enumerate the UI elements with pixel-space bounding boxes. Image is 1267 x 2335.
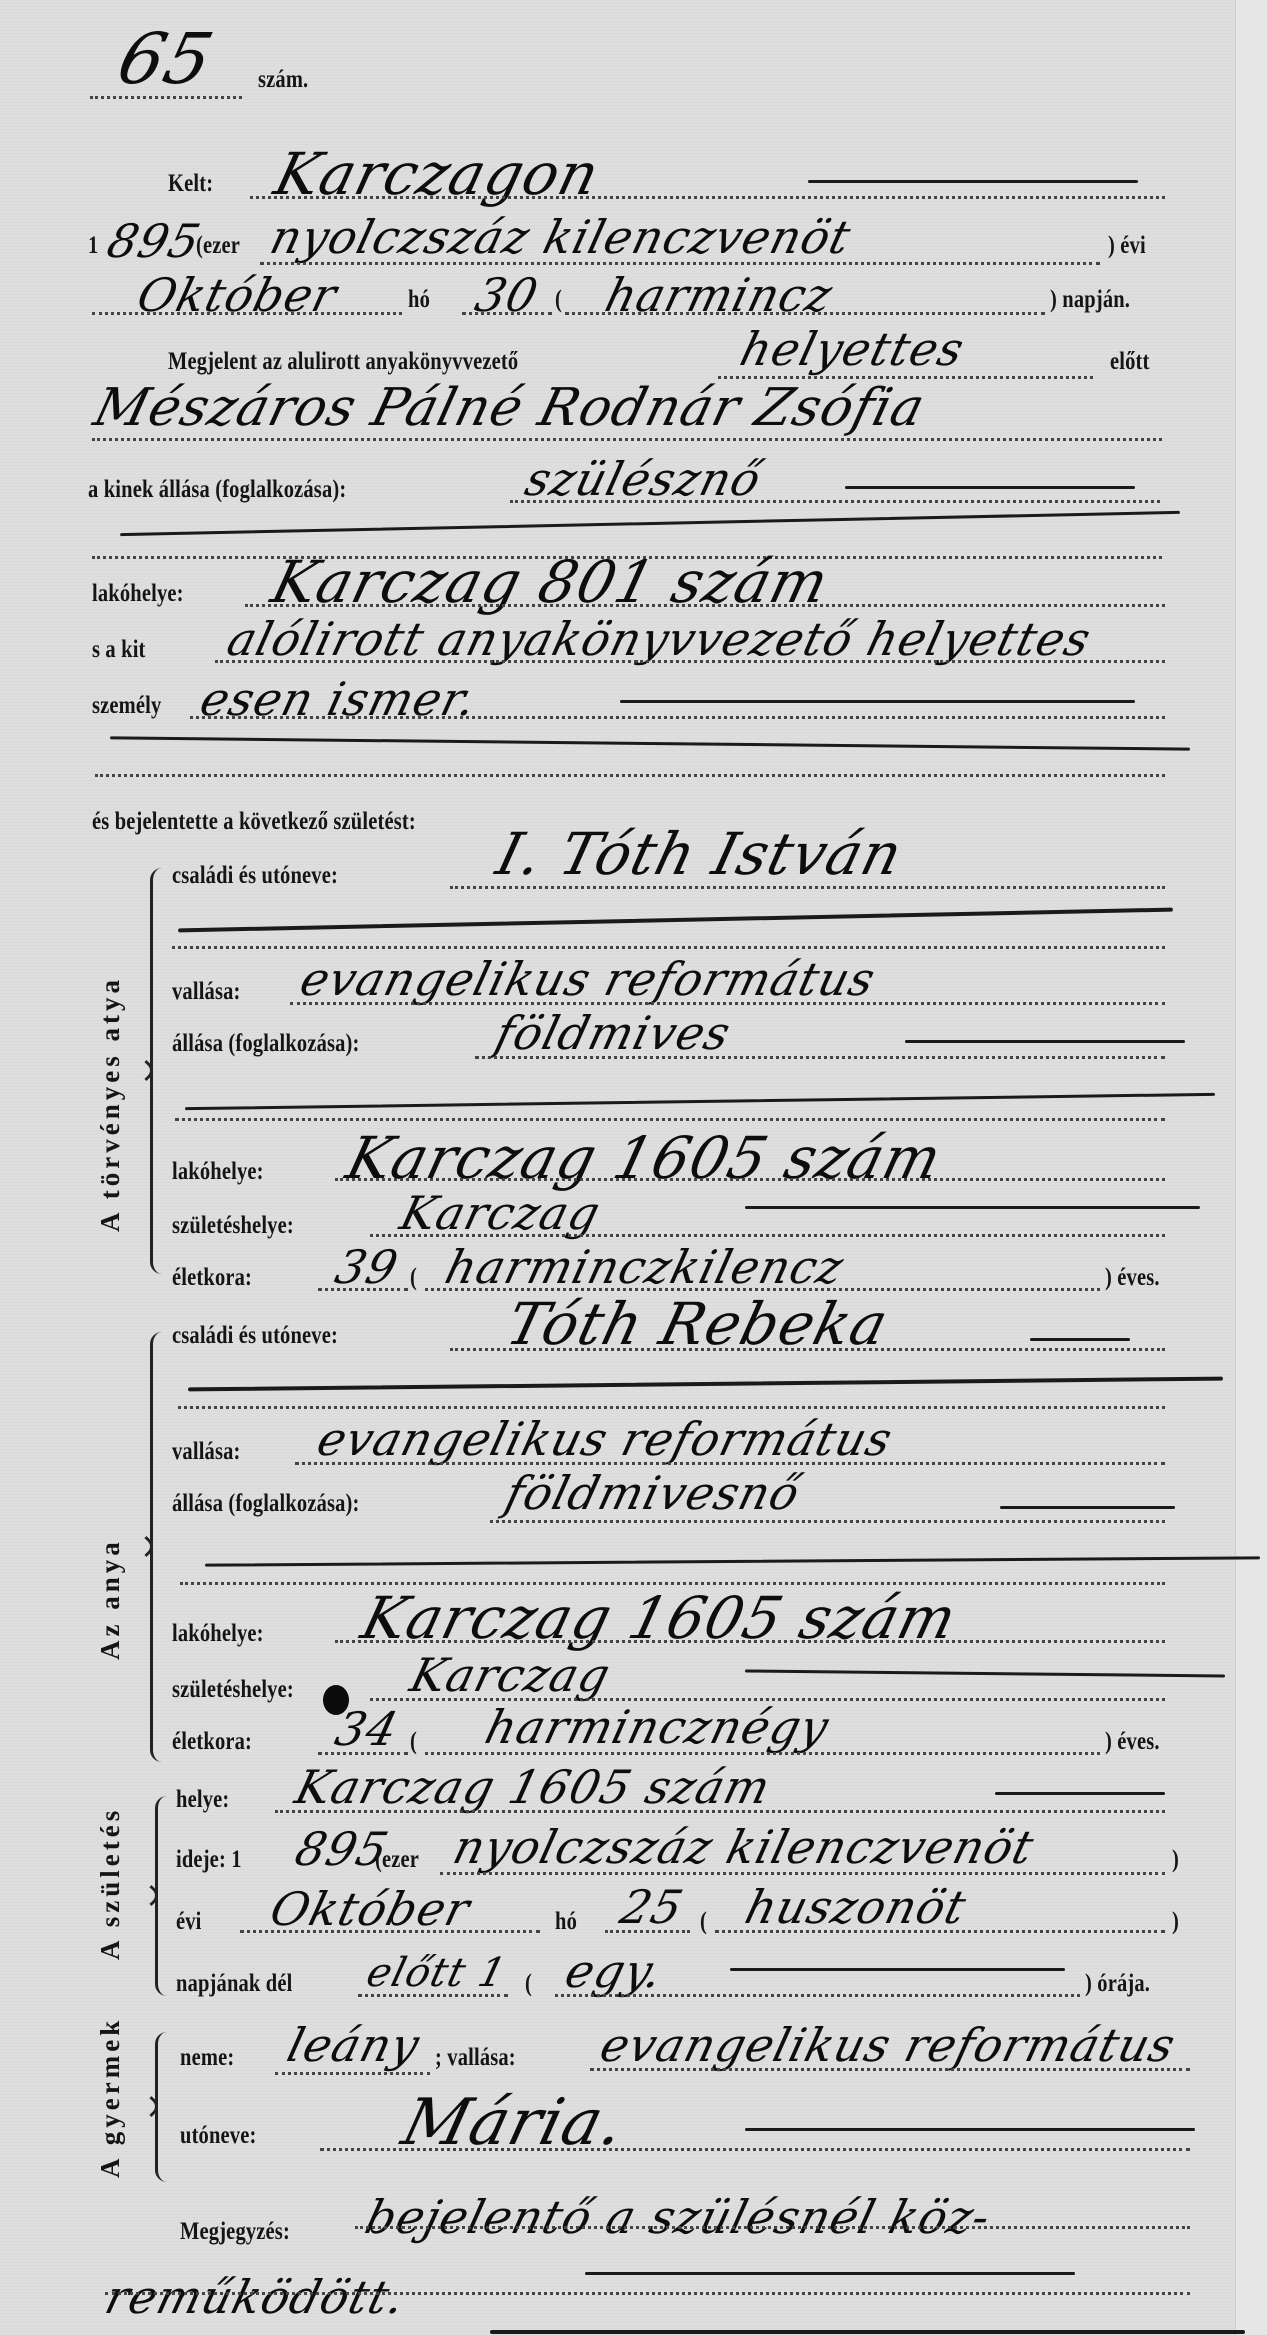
ezer-label: (ezer bbox=[196, 232, 240, 260]
fill-stroke bbox=[1000, 1506, 1175, 1509]
blank-line bbox=[178, 1406, 1165, 1409]
oraja-label: ) órája. bbox=[1085, 1970, 1150, 1998]
mother-brace bbox=[150, 1332, 167, 1762]
mother-name-label: családi és utóneve: bbox=[172, 1322, 338, 1350]
known-label-1: s a kit bbox=[92, 636, 146, 664]
father-occupation-label: állása (foglalkozása): bbox=[172, 1030, 360, 1058]
birth-hour-line bbox=[555, 1994, 1080, 1997]
year-line bbox=[260, 262, 1100, 265]
open-paren: ( bbox=[410, 1728, 417, 1756]
mother-birthplace: Karczag bbox=[405, 1648, 616, 1702]
child-given-name-line bbox=[320, 2148, 1190, 2151]
blank-line bbox=[172, 946, 1165, 949]
birth-period-line bbox=[358, 1994, 508, 1997]
year-prefix: 1 bbox=[88, 232, 98, 260]
birth-place-label: helye: bbox=[176, 1786, 229, 1814]
father-religion: evangelikus református bbox=[295, 952, 881, 1006]
declarant-line bbox=[92, 438, 1162, 441]
remarks-line-2: reműködött. bbox=[100, 2270, 411, 2324]
declarant-occupation: szülésznő bbox=[520, 452, 767, 506]
child-section-label: A gyermek bbox=[95, 2017, 126, 2178]
fill-stroke bbox=[490, 2330, 1245, 2334]
birth-year-words: nyolczszáz kilenczvenöt bbox=[448, 1820, 1040, 1874]
mother-age-words-line bbox=[425, 1752, 1100, 1755]
birth-day-line bbox=[605, 1930, 690, 1933]
father-age-line bbox=[318, 1288, 408, 1291]
close-paren: ) bbox=[1172, 1846, 1179, 1874]
fill-stroke bbox=[1030, 1338, 1130, 1341]
mother-name-line bbox=[450, 1348, 1165, 1351]
ezer-label: (ezer bbox=[375, 1846, 419, 1874]
fill-stroke bbox=[745, 1206, 1200, 1209]
mother-occupation-label: állása (foglalkozása): bbox=[172, 1490, 360, 1518]
open-paren: ( bbox=[700, 1908, 707, 1936]
father-religion-label: vallása: bbox=[172, 978, 241, 1006]
announced-label: és bejelentette a következő születést: bbox=[92, 808, 416, 836]
mother-age-words: harmincznégy bbox=[480, 1700, 835, 1754]
mother-birthplace-label: születéshelye: bbox=[172, 1676, 294, 1704]
mother-occupation-line bbox=[490, 1520, 1165, 1523]
fill-stroke bbox=[585, 2272, 1075, 2275]
mother-residence-label: lakóhelye: bbox=[172, 1620, 264, 1648]
fill-stroke bbox=[845, 486, 1135, 489]
mother-religion-label: vallása: bbox=[172, 1438, 241, 1466]
blank-line bbox=[175, 1118, 1165, 1121]
fill-stroke bbox=[745, 2128, 1195, 2131]
father-birthplace-line bbox=[370, 1234, 1165, 1237]
mother-occupation: földmivesnő bbox=[500, 1466, 806, 1520]
issued-year-words: nyolczszáz kilenczvenöt bbox=[265, 210, 857, 264]
remarks-line-2-rule bbox=[105, 2292, 1190, 2295]
mother-age-line bbox=[318, 1752, 408, 1755]
remarks-line-1: bejelentő a szülésnél köz- bbox=[360, 2190, 997, 2244]
child-sex: leány bbox=[282, 2018, 425, 2072]
issued-year: 895 bbox=[102, 214, 206, 268]
father-religion-line bbox=[290, 1002, 1165, 1005]
eves-label: ) éves. bbox=[1105, 1264, 1160, 1292]
ho-label: hó bbox=[408, 286, 430, 314]
declarant-name: Mészáros Pálné Rodnár Zsófia bbox=[88, 378, 931, 438]
father-birthplace: Karczag bbox=[395, 1186, 606, 1240]
fill-stroke bbox=[620, 700, 1135, 703]
evi-label: ) évi bbox=[1108, 232, 1146, 260]
open-paren: ( bbox=[525, 1970, 532, 1998]
father-occupation-line bbox=[475, 1056, 1165, 1059]
father-brace bbox=[150, 868, 167, 1274]
known-line-2 bbox=[190, 716, 1165, 719]
open-paren: ( bbox=[555, 286, 562, 314]
father-occupation: földmives bbox=[490, 1006, 736, 1060]
appeared-label: Megjelent az alulirott anyakönyvvezető bbox=[168, 348, 518, 376]
month-line bbox=[92, 312, 402, 315]
father-age-words: harminczkilencz bbox=[440, 1240, 850, 1294]
declarant-residence-label: lakóhelye: bbox=[92, 580, 184, 608]
birth-month-line bbox=[240, 1930, 540, 1933]
birth-day-words: huszonöt bbox=[740, 1880, 972, 1934]
kelt-label: Kelt: bbox=[168, 170, 213, 198]
birth-napjanak-label: napjának dél bbox=[176, 1970, 292, 1998]
father-residence-line bbox=[335, 1178, 1165, 1181]
father-residence-label: lakóhelye: bbox=[172, 1158, 264, 1186]
known-text-1: alólirott anyakönyvvezető helyettes bbox=[222, 612, 1097, 666]
open-paren: ( bbox=[410, 1264, 417, 1292]
elott-label: előtt bbox=[1110, 348, 1150, 376]
residence-line bbox=[245, 604, 1165, 607]
mother-religion-line bbox=[295, 1462, 1165, 1465]
child-religion-label: ; vallása: bbox=[435, 2044, 516, 2072]
father-name-label: családi és utóneve: bbox=[172, 862, 338, 890]
father-name: I. Tóth István bbox=[490, 820, 910, 888]
remarks-label: Megjegyzés: bbox=[180, 2218, 290, 2246]
birth-evi-label: évi bbox=[176, 1908, 202, 1936]
mother-section-label: Az anya bbox=[95, 1538, 126, 1660]
birth-day: 25 bbox=[615, 1880, 689, 1934]
child-religion-line bbox=[590, 2068, 1190, 2071]
napjan-label: ) napján. bbox=[1050, 286, 1130, 314]
known-line-1 bbox=[215, 660, 1165, 663]
blank-line bbox=[95, 774, 1165, 777]
fill-stroke bbox=[808, 180, 1138, 183]
birth-month: Október bbox=[265, 1882, 476, 1936]
mother-age-label: életkora: bbox=[172, 1728, 252, 1756]
child-given-name-label: utóneve: bbox=[180, 2122, 256, 2150]
father-residence: Karczag 1605 szám bbox=[340, 1124, 949, 1192]
mother-residence-line bbox=[335, 1640, 1165, 1643]
szam-label: szám. bbox=[258, 66, 308, 94]
birth-day-words-line bbox=[715, 1930, 1165, 1933]
father-age-label: életkora: bbox=[172, 1264, 252, 1292]
eves-label: ) éves. bbox=[1105, 1728, 1160, 1756]
birth-time-label: ideje: 1 bbox=[176, 1846, 242, 1874]
remarks-line-1-rule bbox=[355, 2226, 1190, 2229]
close-paren: ) bbox=[1172, 1908, 1179, 1936]
mother-religion: evangelikus református bbox=[312, 1412, 898, 1466]
child-religion: evangelikus református bbox=[595, 2018, 1181, 2072]
birth-hour-words: egy. bbox=[560, 1944, 669, 1998]
fill-stroke bbox=[995, 1792, 1165, 1795]
declarant-occupation-label: a kinek állása (foglalkozása): bbox=[88, 476, 346, 504]
kelt-line bbox=[250, 196, 1165, 199]
birth-brace bbox=[155, 1796, 172, 1996]
child-sex-line bbox=[275, 2072, 430, 2075]
birth-ho-label: hó bbox=[555, 1908, 577, 1936]
occupation-line bbox=[510, 500, 1160, 503]
father-birthplace-label: születéshelye: bbox=[172, 1212, 294, 1240]
page-edge bbox=[1235, 0, 1267, 2335]
day-words-line bbox=[565, 312, 1045, 315]
father-section-label: A törvényes atya bbox=[95, 976, 126, 1232]
child-sex-label: neme: bbox=[180, 2044, 234, 2072]
birth-place-line bbox=[275, 1810, 1165, 1813]
fill-stroke bbox=[730, 1968, 1065, 1971]
father-name-line bbox=[450, 886, 1165, 889]
known-label-2: személy bbox=[92, 692, 161, 720]
registrar-role: helyettes bbox=[735, 322, 970, 376]
birth-period: előtt 1 bbox=[362, 1950, 511, 1996]
record-number-line bbox=[90, 96, 242, 99]
birth-year-line bbox=[440, 1872, 1165, 1875]
day-line bbox=[462, 312, 552, 315]
fill-stroke bbox=[905, 1040, 1185, 1043]
birth-section-label: A születés bbox=[95, 1807, 126, 1960]
child-brace bbox=[155, 2032, 172, 2182]
birth-place: Karczag 1605 szám bbox=[290, 1760, 776, 1814]
